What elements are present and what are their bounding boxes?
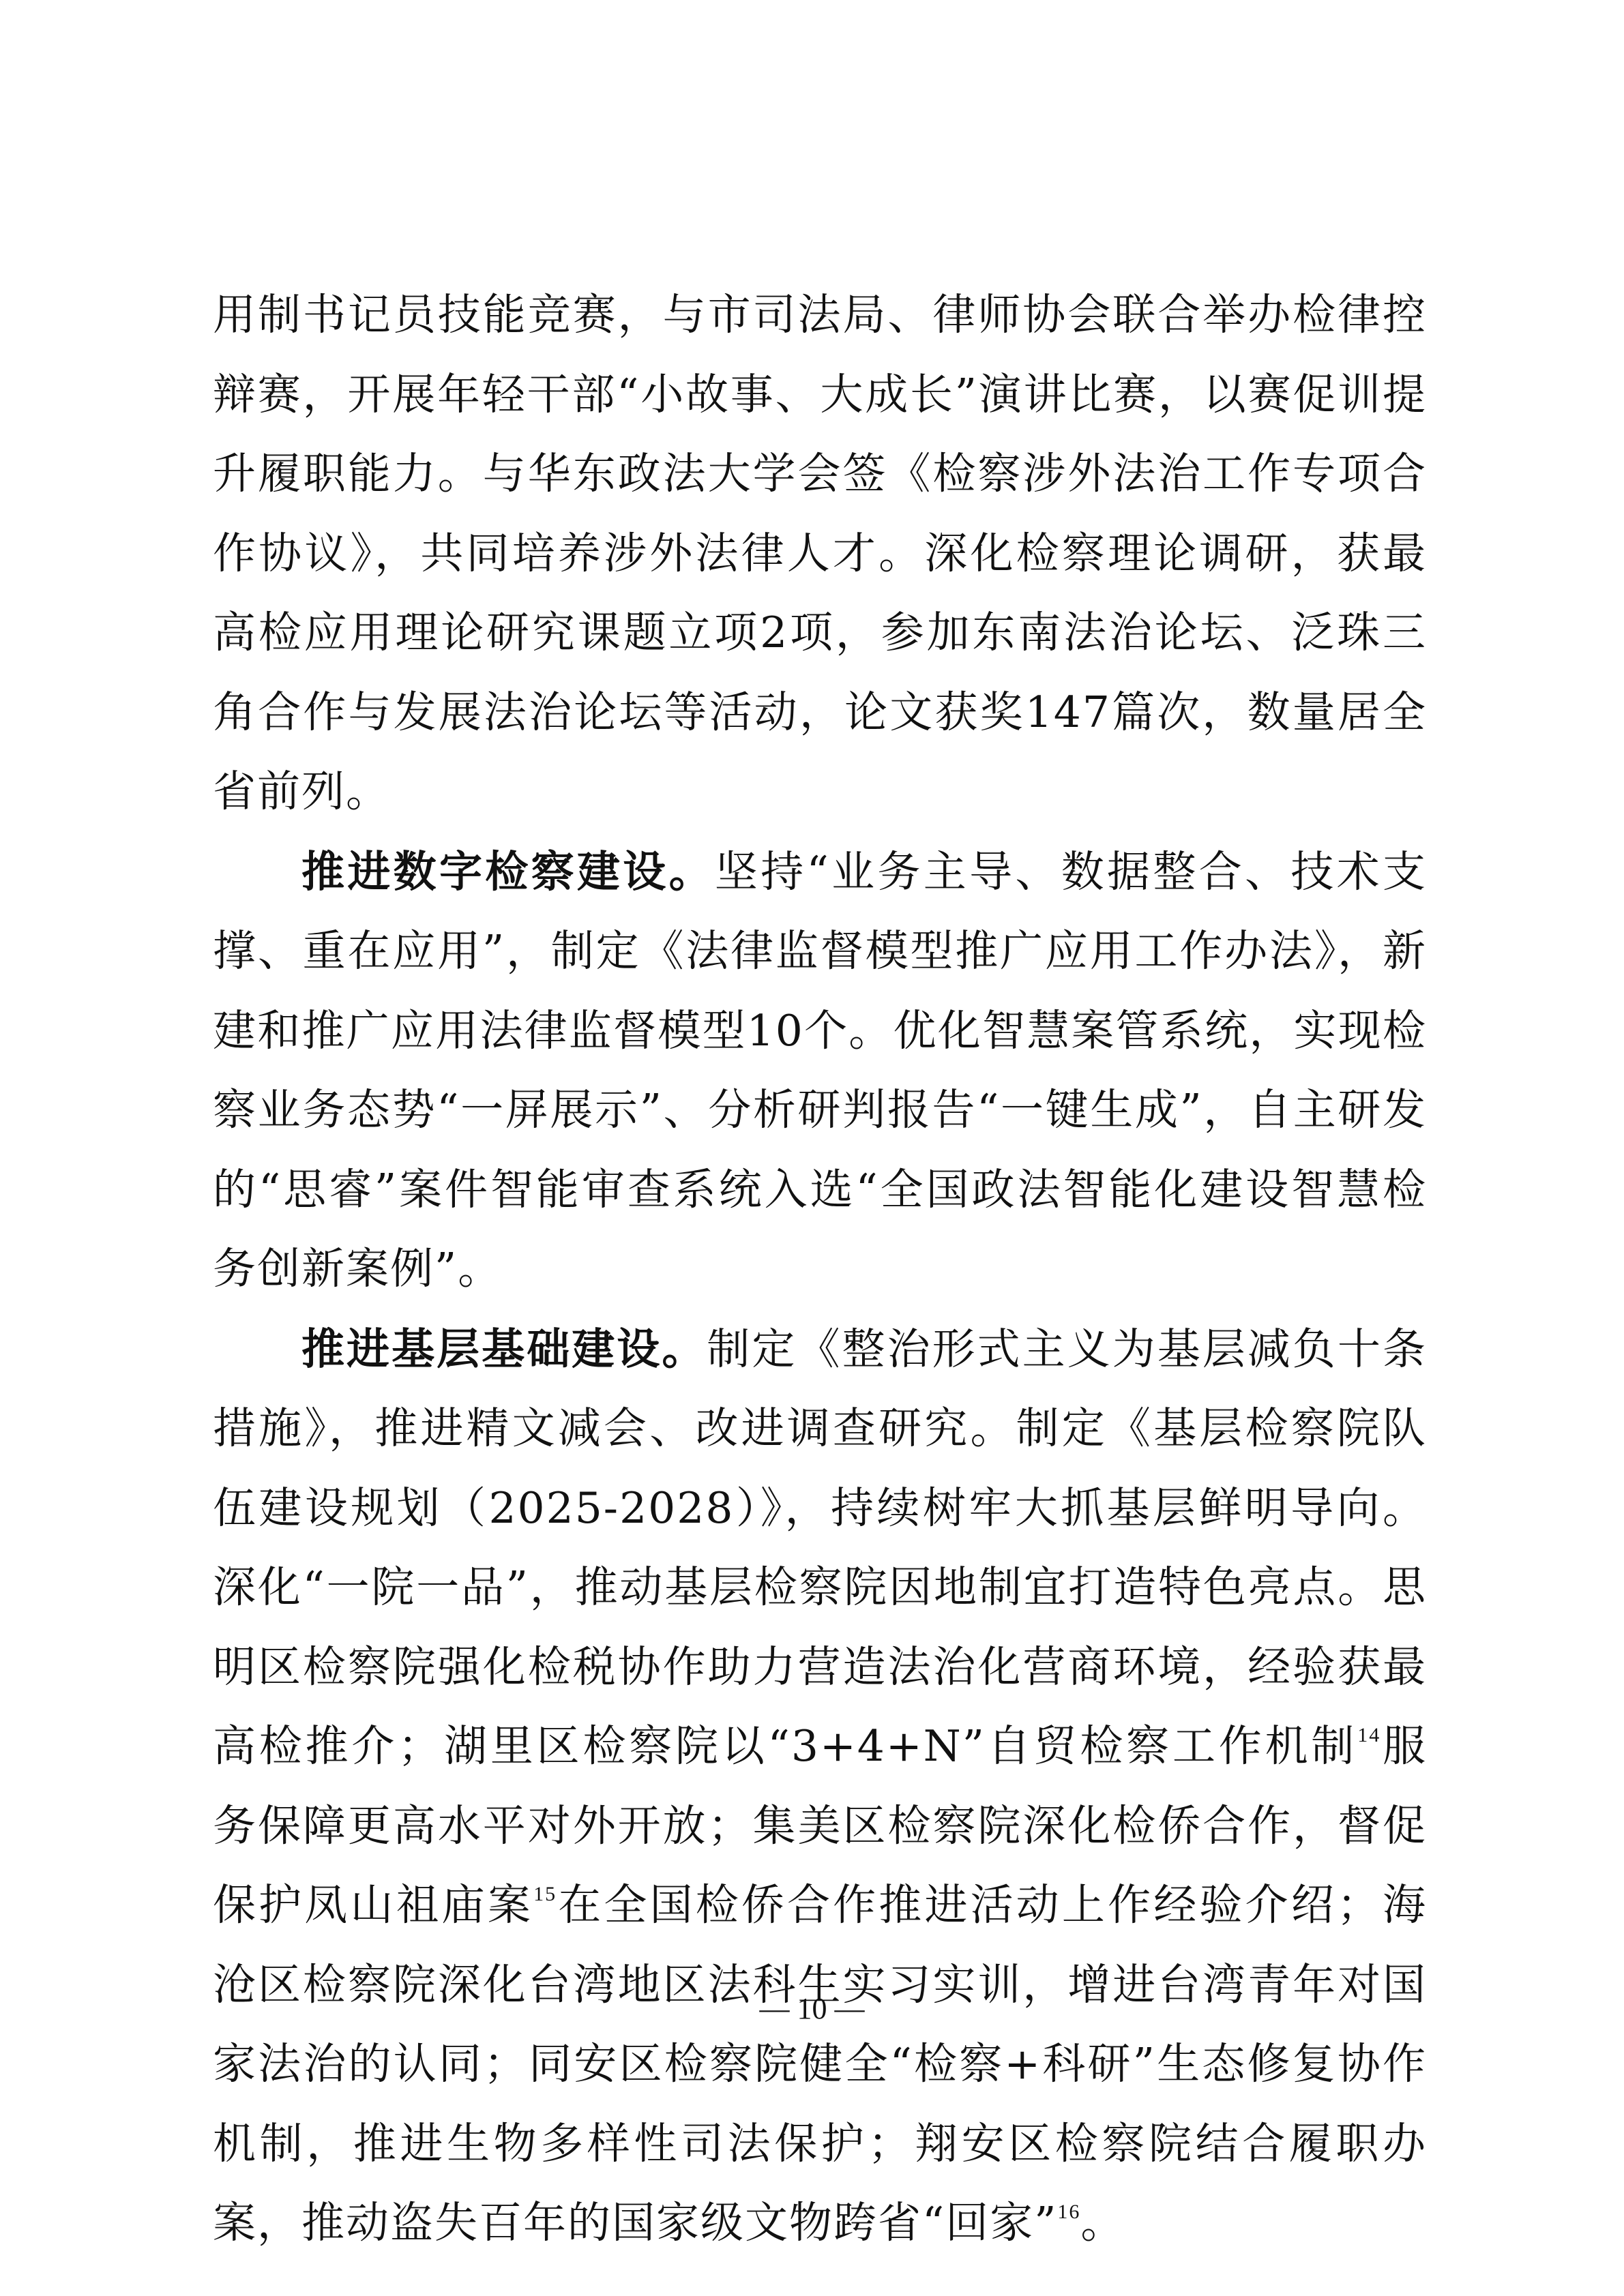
- page-number: — 10 —: [0, 1991, 1624, 2026]
- footnote-ref-14[interactable]: 14: [1357, 1724, 1381, 1746]
- paragraph-text: 用制书记员技能竞赛，与市司法局、律师协会联合举办检律控辩赛，开展年轻干部“小故事…: [213, 290, 1427, 816]
- paragraph-heading: 推进基层基础建设。: [301, 1324, 707, 1374]
- paragraph-digital-procuratorate: 推进数字检察建设。坚持“业务主导、数据整合、技术支撑、重在应用”，制定《法律监督…: [213, 832, 1427, 1309]
- paragraph-heading: 推进数字检察建设。: [301, 846, 715, 897]
- paragraph-text: 制定《整治形式主义为基层减负十条措施》，推进精文减会、改进调查研究。制定《基层检…: [213, 1324, 1427, 1772]
- paragraph-text: 。: [1080, 2198, 1125, 2248]
- paragraph-training-research: 用制书记员技能竞赛，与市司法局、律师协会联合举办检律控辩赛，开展年轻干部“小故事…: [213, 275, 1427, 832]
- document-body: 用制书记员技能竞赛，与市司法局、律师协会联合举办检律控辩赛，开展年轻干部“小故事…: [213, 275, 1427, 2263]
- paragraph-text: 坚持“业务主导、数据整合、技术支撑、重在应用”，制定《法律监督模型推广应用工作办…: [213, 847, 1427, 1294]
- footnote-ref-15[interactable]: 15: [533, 1883, 557, 1905]
- footnote-ref-16[interactable]: 16: [1057, 2201, 1080, 2223]
- paragraph-grassroots-construction: 推进基层基础建设。制定《整治形式主义为基层减负十条措施》，推进精文减会、改进调查…: [213, 1309, 1427, 2263]
- paragraph-text: 在全国检侨合作推进活动上作经验介绍；海沧区检察院深化台湾地区法科生实习实训，增进…: [213, 1880, 1427, 2248]
